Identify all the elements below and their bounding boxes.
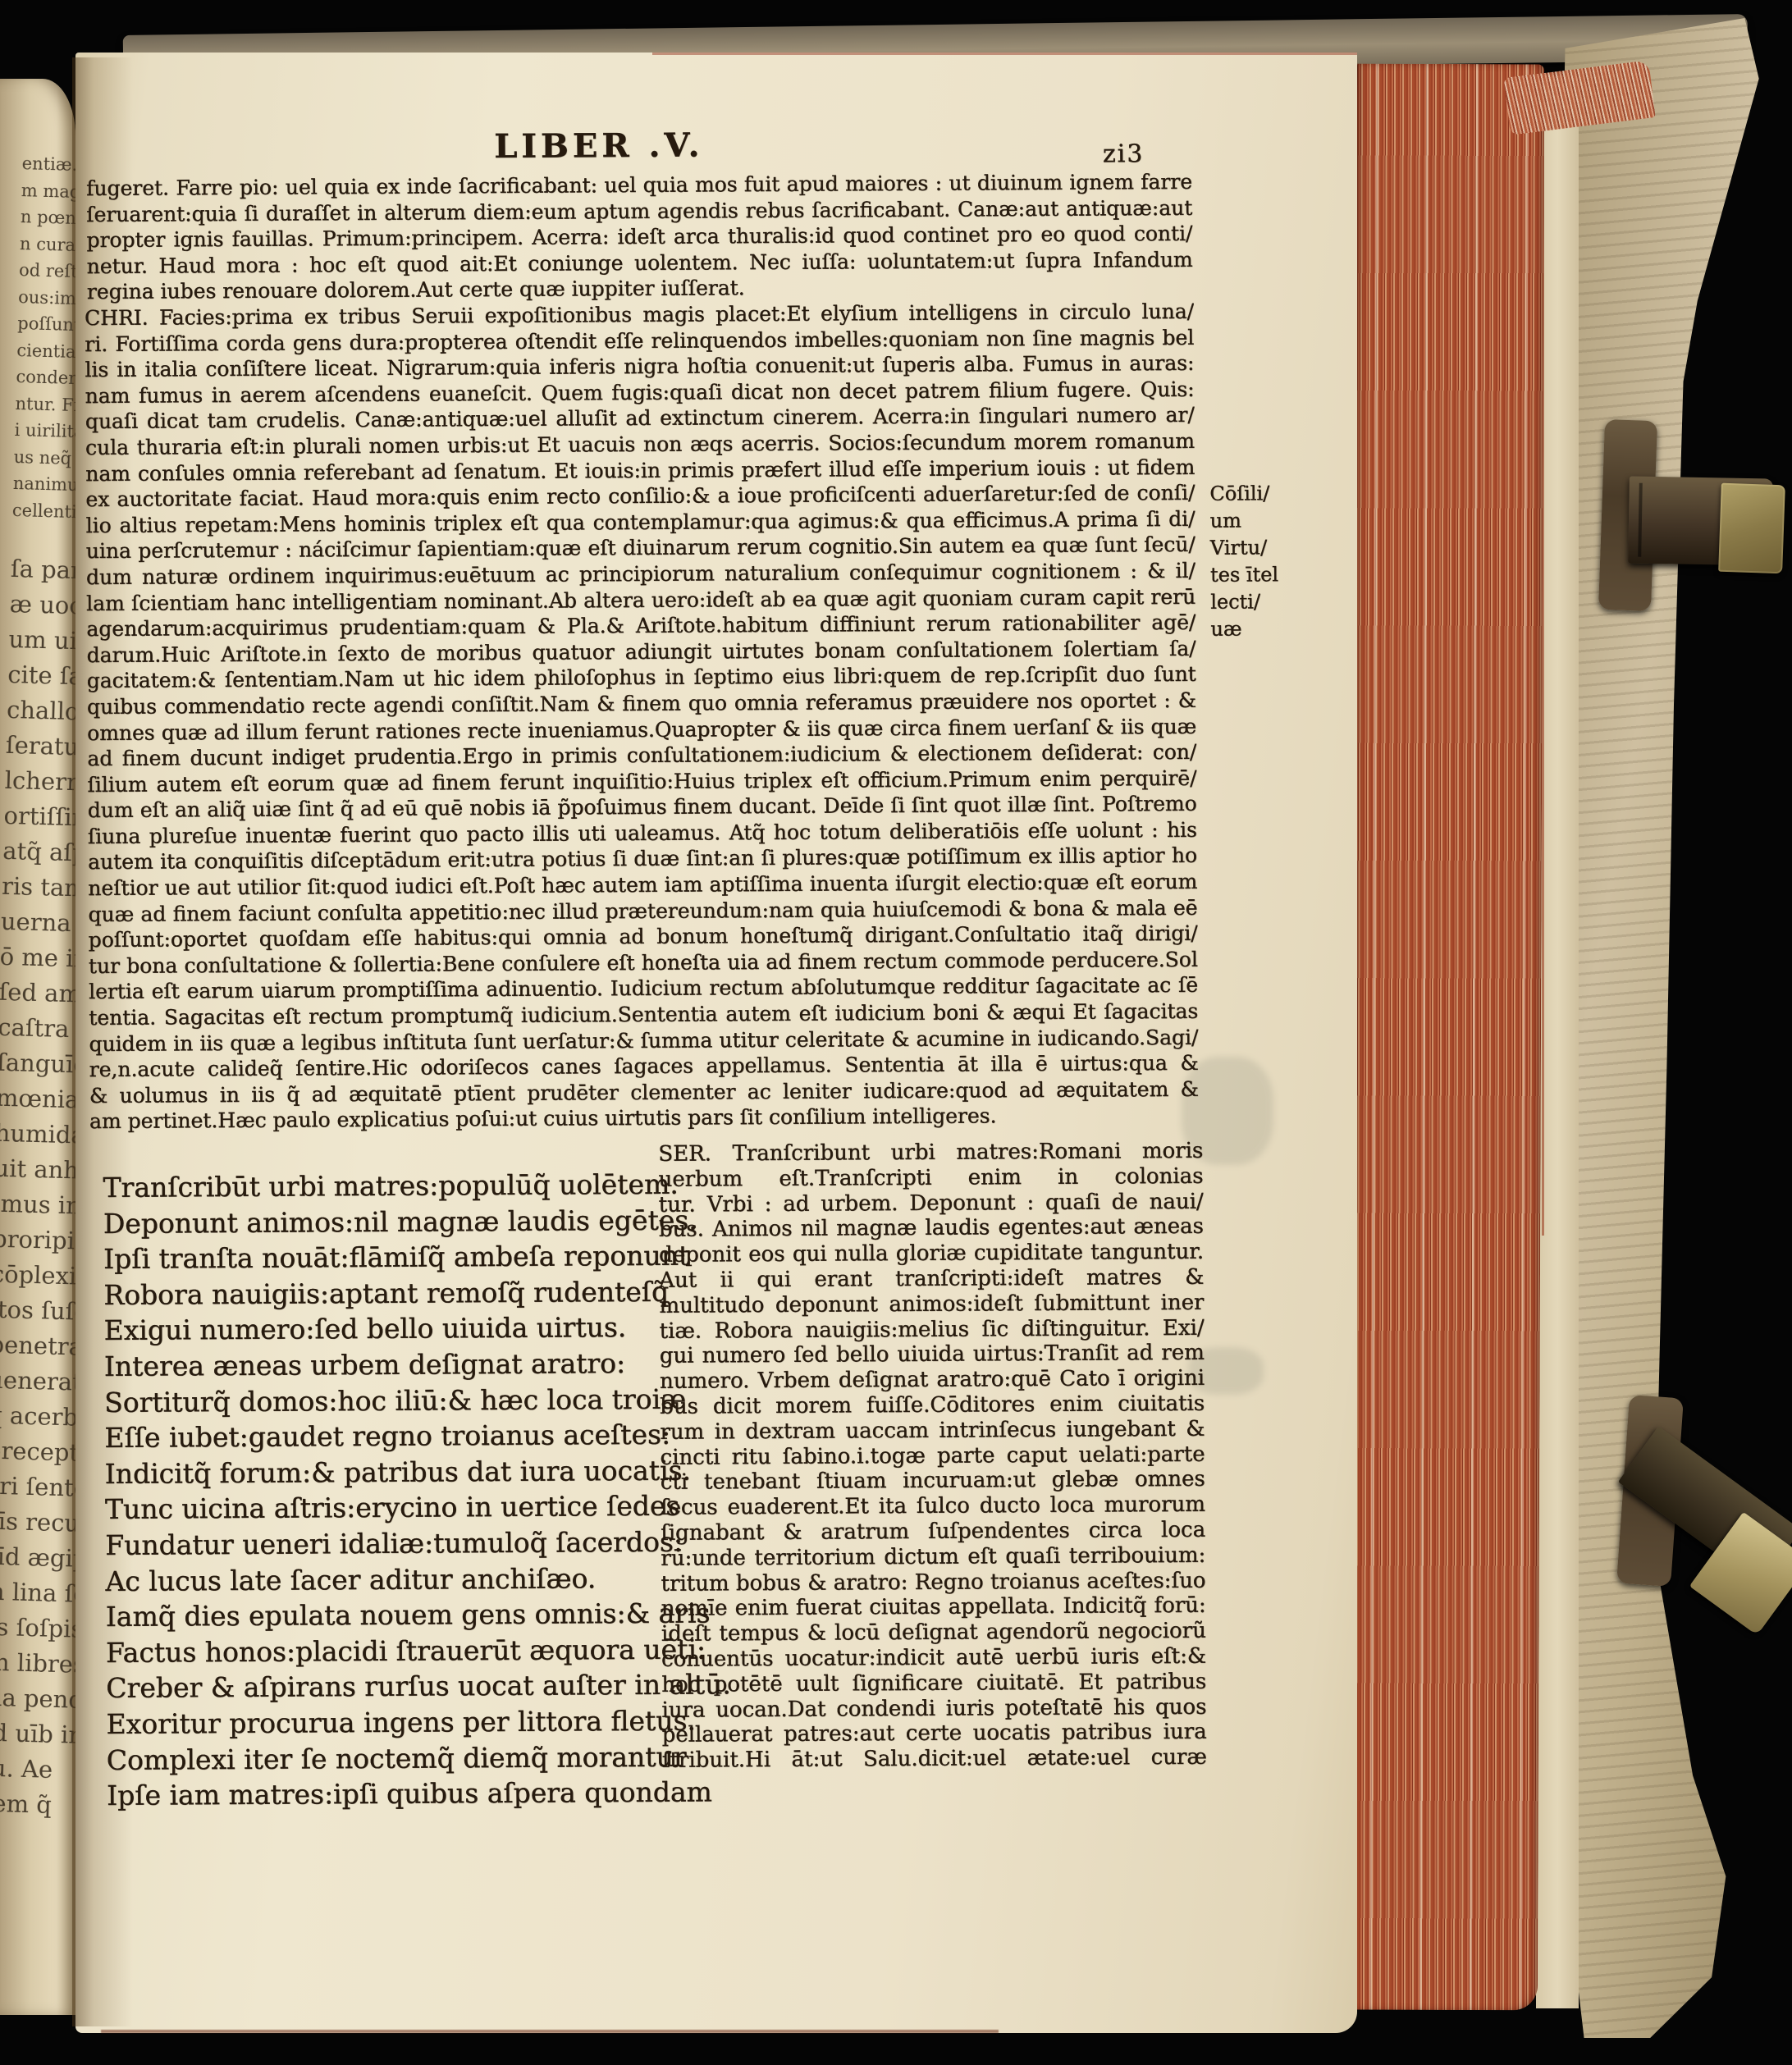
text-line: nomīe enim fuerat ciuitas appellata. Ind… [661, 1593, 1206, 1622]
text-line: pellauerat patres:aut certe uocatis patr… [662, 1720, 1207, 1748]
text-line: rum in dextram uaccam intrinſecus iungeb… [660, 1417, 1205, 1446]
text-line: iura uocan.Dat condendi iuris poteſtatē … [661, 1694, 1206, 1723]
verse-line: Tunc uicina aſtris:erycino in uertice ſe… [105, 1488, 730, 1528]
folio-signature: zi3 [1103, 139, 1145, 168]
running-title: LIBER .V. [459, 126, 738, 166]
margin-note-line: Virtu/ [1210, 534, 1333, 562]
verse-line: Complexi iter ſe noctemq̃ diemq̃ morantu… [107, 1738, 732, 1778]
verse-line: Exigui numero:ſed bello uiuida uirtus. [104, 1309, 729, 1349]
verse-line: Factus honos:placidi ſtrauerūt æquora uē… [106, 1631, 731, 1670]
text-line: tritum bobus & aratro: Regno troianus ac… [661, 1568, 1205, 1597]
servius-commentary-column: SER. Tranſcribunt urbi matres:Romani mor… [658, 1139, 1207, 1774]
text-line: ſignabant & aratrum ſuſpendentes circa l… [661, 1518, 1205, 1546]
verse-line: Ipſe iam matres:ipſi quibus aſpera quond… [107, 1774, 732, 1813]
text-line: conuentūs uocatur:indicit autē uerbū iur… [661, 1644, 1206, 1673]
verse-line: Exoritur procurua ingens per littora fle… [106, 1702, 731, 1742]
verse-line: Fundatur ueneri idaliæ:tumuloq̃ ſacerdos… [105, 1524, 730, 1563]
text-line: hoc potētē uult ſignificare ciuitatē. Et… [661, 1670, 1206, 1698]
text-line: cti tenebant ſtiuam incuruam:ut glebæ om… [661, 1467, 1205, 1496]
text-line: multitudo deponunt animos:ideſt ſubmittu… [659, 1291, 1204, 1319]
text-line: ideſt tempus & locū deſignat agendorũ ne… [661, 1619, 1206, 1647]
text-line: gui numero ſed bello uiuida uirtus:Tranſ… [660, 1341, 1205, 1369]
verse-line: Interea æneas urbem deſignat aratro: [104, 1345, 729, 1384]
text-line: ſtribuit.Hi āt:ut Salu.dicit:uel ætate:u… [662, 1745, 1207, 1774]
text-line: bus dicit morem fuiſſe.Cōditores enim ci… [660, 1391, 1205, 1420]
text-line: uerbum eſt.Tranſcripti enim in colonias … [658, 1164, 1203, 1193]
verse-line: Tranſcribūt urbi matres:populūq̃ uolētem… [103, 1166, 728, 1205]
margin-note-line: tes ītel [1210, 561, 1333, 589]
verse-line: Robora nauigiis:aptant remoſq̃ rudenteſq… [103, 1273, 729, 1313]
text-line: rū:unde territorium dictum eſt quaſi ter… [661, 1543, 1205, 1572]
text-line: ſecus euaderent.Et ita ſulco ducto loca … [661, 1492, 1205, 1521]
text-line: tiæ. Robora nauigiis:melius ſic diſtingu… [660, 1315, 1205, 1344]
text-line: bus. Animos nil magnæ laudis egentes:aut… [659, 1214, 1204, 1243]
margin-note-line: um [1210, 507, 1333, 535]
margin-note-line: lecti/ [1210, 588, 1333, 616]
virgil-verse-column: Tranſcribūt urbi matres:populūq̃ uolētem… [103, 1166, 731, 1813]
commentary-paragraph-landino: CHRI. Facies:prima ex tribus Seruii expo… [85, 299, 1199, 1135]
text-line: SER. Tranſcribunt urbi matres:Romani mor… [658, 1139, 1203, 1167]
verse-line: Indicitq̃ forum:& patribus dat iura uoca… [105, 1452, 730, 1492]
text-line: cincti ritu ſabino.i.togæ parte caput ue… [661, 1441, 1205, 1470]
verse-line: Sortiturq̃ domos:hoc iliū:& hæc loca tro… [104, 1381, 729, 1420]
printed-margin-notes: Cōſili/umVirtu/tes ītellecti/uæ [1209, 480, 1333, 643]
verse-line: Ipſi tranſta nouāt:flāmiſq̃ ambeſa repon… [103, 1238, 729, 1277]
margin-note-line: Cōſili/ [1209, 480, 1333, 508]
text-line: numero. Vrbem deſignat aratro:quē Cato ī… [660, 1366, 1205, 1395]
text-line: Aut ii qui erant tranſcripti:ideſt matre… [659, 1265, 1204, 1294]
verse-line: Eſſe iubet:gaudet regno troianus aceſtes… [104, 1416, 729, 1455]
text-line: tur. Vrbi : ad urbem. Deponunt : quaſi d… [659, 1189, 1204, 1218]
text-line: deponit eos qui nulla gloriæ cupiditate … [659, 1240, 1204, 1268]
verse-line: Ac lucus late ſacer aditur anchiſæo. [105, 1560, 730, 1599]
verse-line: Deponunt animos:nil magnæ laudis egētes. [103, 1202, 729, 1241]
verse-line: Creber & aſpirans rurſus uocat auſter in… [106, 1667, 731, 1706]
margin-note-line: uæ [1210, 615, 1333, 643]
commentary-paragraph-servius-notes: fugeret. Farre pio: uel quia ex inde ſac… [86, 169, 1193, 305]
printed-text-layer: LIBER .V. zi3 fugeret. Farre pio: uel qu… [0, 0, 1792, 2065]
verse-line: Iamq̃ dies epulata nouem gens omnis:& ar… [106, 1595, 731, 1634]
